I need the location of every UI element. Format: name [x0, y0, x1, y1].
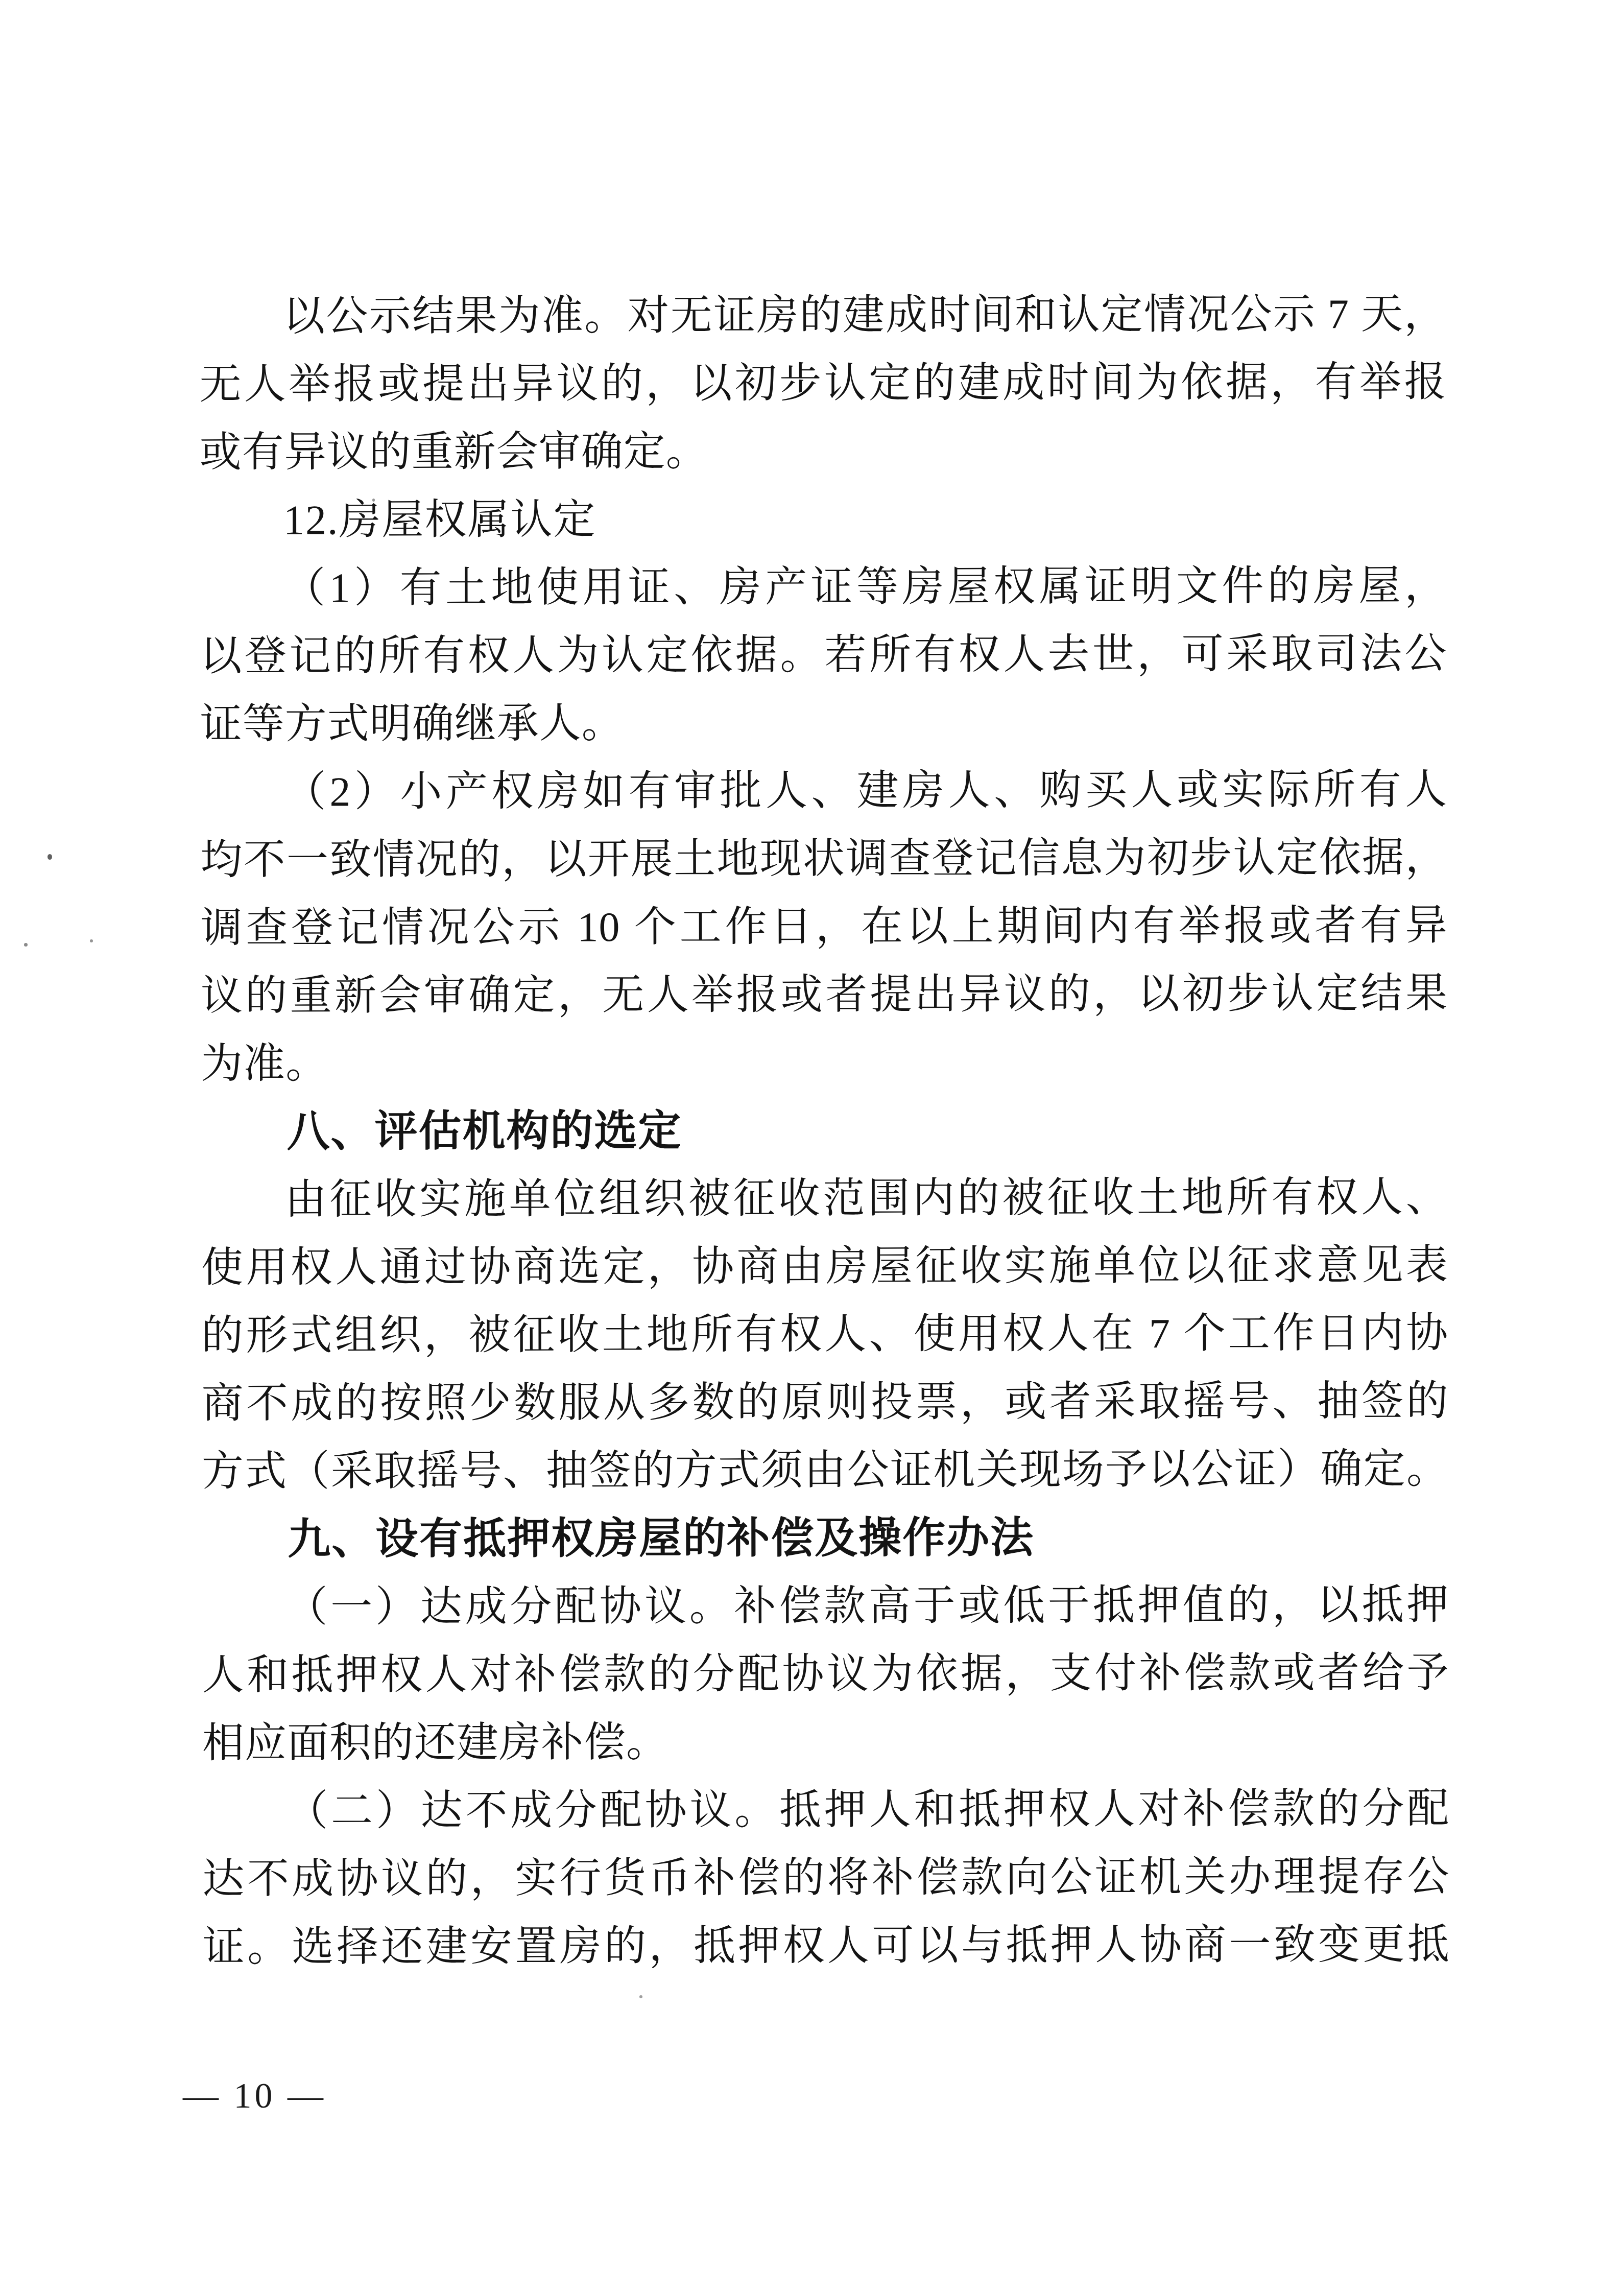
text-line: 调查登记情况公示 10 个工作日，在以上期间内有举报或者有异 — [201, 891, 1448, 962]
scan-speck — [639, 1995, 642, 1998]
page-number: — 10 — — [183, 2075, 326, 2118]
scan-speck — [90, 939, 93, 942]
text-line: 由征收实施单位组织被征收范围内的被征收土地所有权人、 — [201, 1163, 1448, 1234]
text-line: 人和抵押权人对补偿款的分配协议为依据，支付补偿款或者给予 — [202, 1639, 1449, 1709]
text-line: 以登记的所有权人为认定依据。若所有权人去世，可采取司法公 — [200, 620, 1447, 690]
scanned-document-page: 以公示结果为准。对无证房的建成时间和认定情况公示 7 天， 无人举报或提出异议的… — [0, 0, 1624, 2293]
text-line: 方式（采取摇号、抽签的方式须由公证机关现场予以公证）确定。 — [202, 1435, 1449, 1505]
section-heading-9: 九、设有抵押权房屋的补偿及操作办法 — [202, 1503, 1449, 1573]
text-line: 商不成的按照少数服从多数的原则投票，或者采取摇号、抽签的 — [201, 1367, 1448, 1437]
scan-speck — [47, 854, 52, 860]
scan-speck — [372, 499, 375, 502]
text-block: 以公示结果为准。对无证房的建成时间和认定情况公示 7 天， 无人举报或提出异议的… — [199, 280, 1450, 1981]
scan-speck — [24, 943, 28, 947]
text-line: 证等方式明确继承人。 — [200, 688, 1447, 758]
subsection-heading-12: 12.房屋权属认定 — [200, 484, 1447, 554]
text-line: 无人举报或提出异议的，以初步认定的建成时间为依据，有举报 — [199, 348, 1446, 418]
text-line: 为准。 — [201, 1027, 1448, 1098]
text-line: 议的重新会审确定，无人举报或者提出异议的，以初步认定结果 — [201, 959, 1448, 1030]
text-line: （二）达不成分配协议。抵押人和抵押权人对补偿款的分配 — [202, 1775, 1449, 1845]
section-heading-8: 八、评估机构的选定 — [201, 1095, 1448, 1166]
text-line: （1）有土地使用证、房产证等房屋权属证明文件的房屋， — [200, 552, 1447, 622]
text-line: （2）小产权房如有审批人、建房人、购买人或实际所有人 — [200, 755, 1447, 826]
text-line: 证。选择还建安置房的，抵押权人可以与抵押人协商一致变更抵 — [203, 1910, 1450, 1981]
text-line: （一）达成分配协议。补偿款高于或低于抵押值的，以抵押 — [202, 1571, 1449, 1641]
text-line: 均不一致情况的，以开展土地现状调查登记信息为初步认定依据， — [200, 823, 1447, 894]
text-line: 以公示结果为准。对无证房的建成时间和认定情况公示 7 天， — [199, 280, 1446, 350]
text-line: 或有异议的重新会审确定。 — [200, 416, 1447, 486]
text-line: 使用权人通过协商选定，协商由房屋征收实施单位以征求意见表 — [201, 1231, 1448, 1302]
text-line: 相应面积的还建房补偿。 — [202, 1707, 1449, 1777]
text-line: 的形式组织，被征收土地所有权人、使用权人在 7 个工作日内协 — [201, 1299, 1448, 1369]
text-line: 达不成协议的，实行货币补偿的将补偿款向公证机关办理提存公 — [202, 1842, 1449, 1913]
